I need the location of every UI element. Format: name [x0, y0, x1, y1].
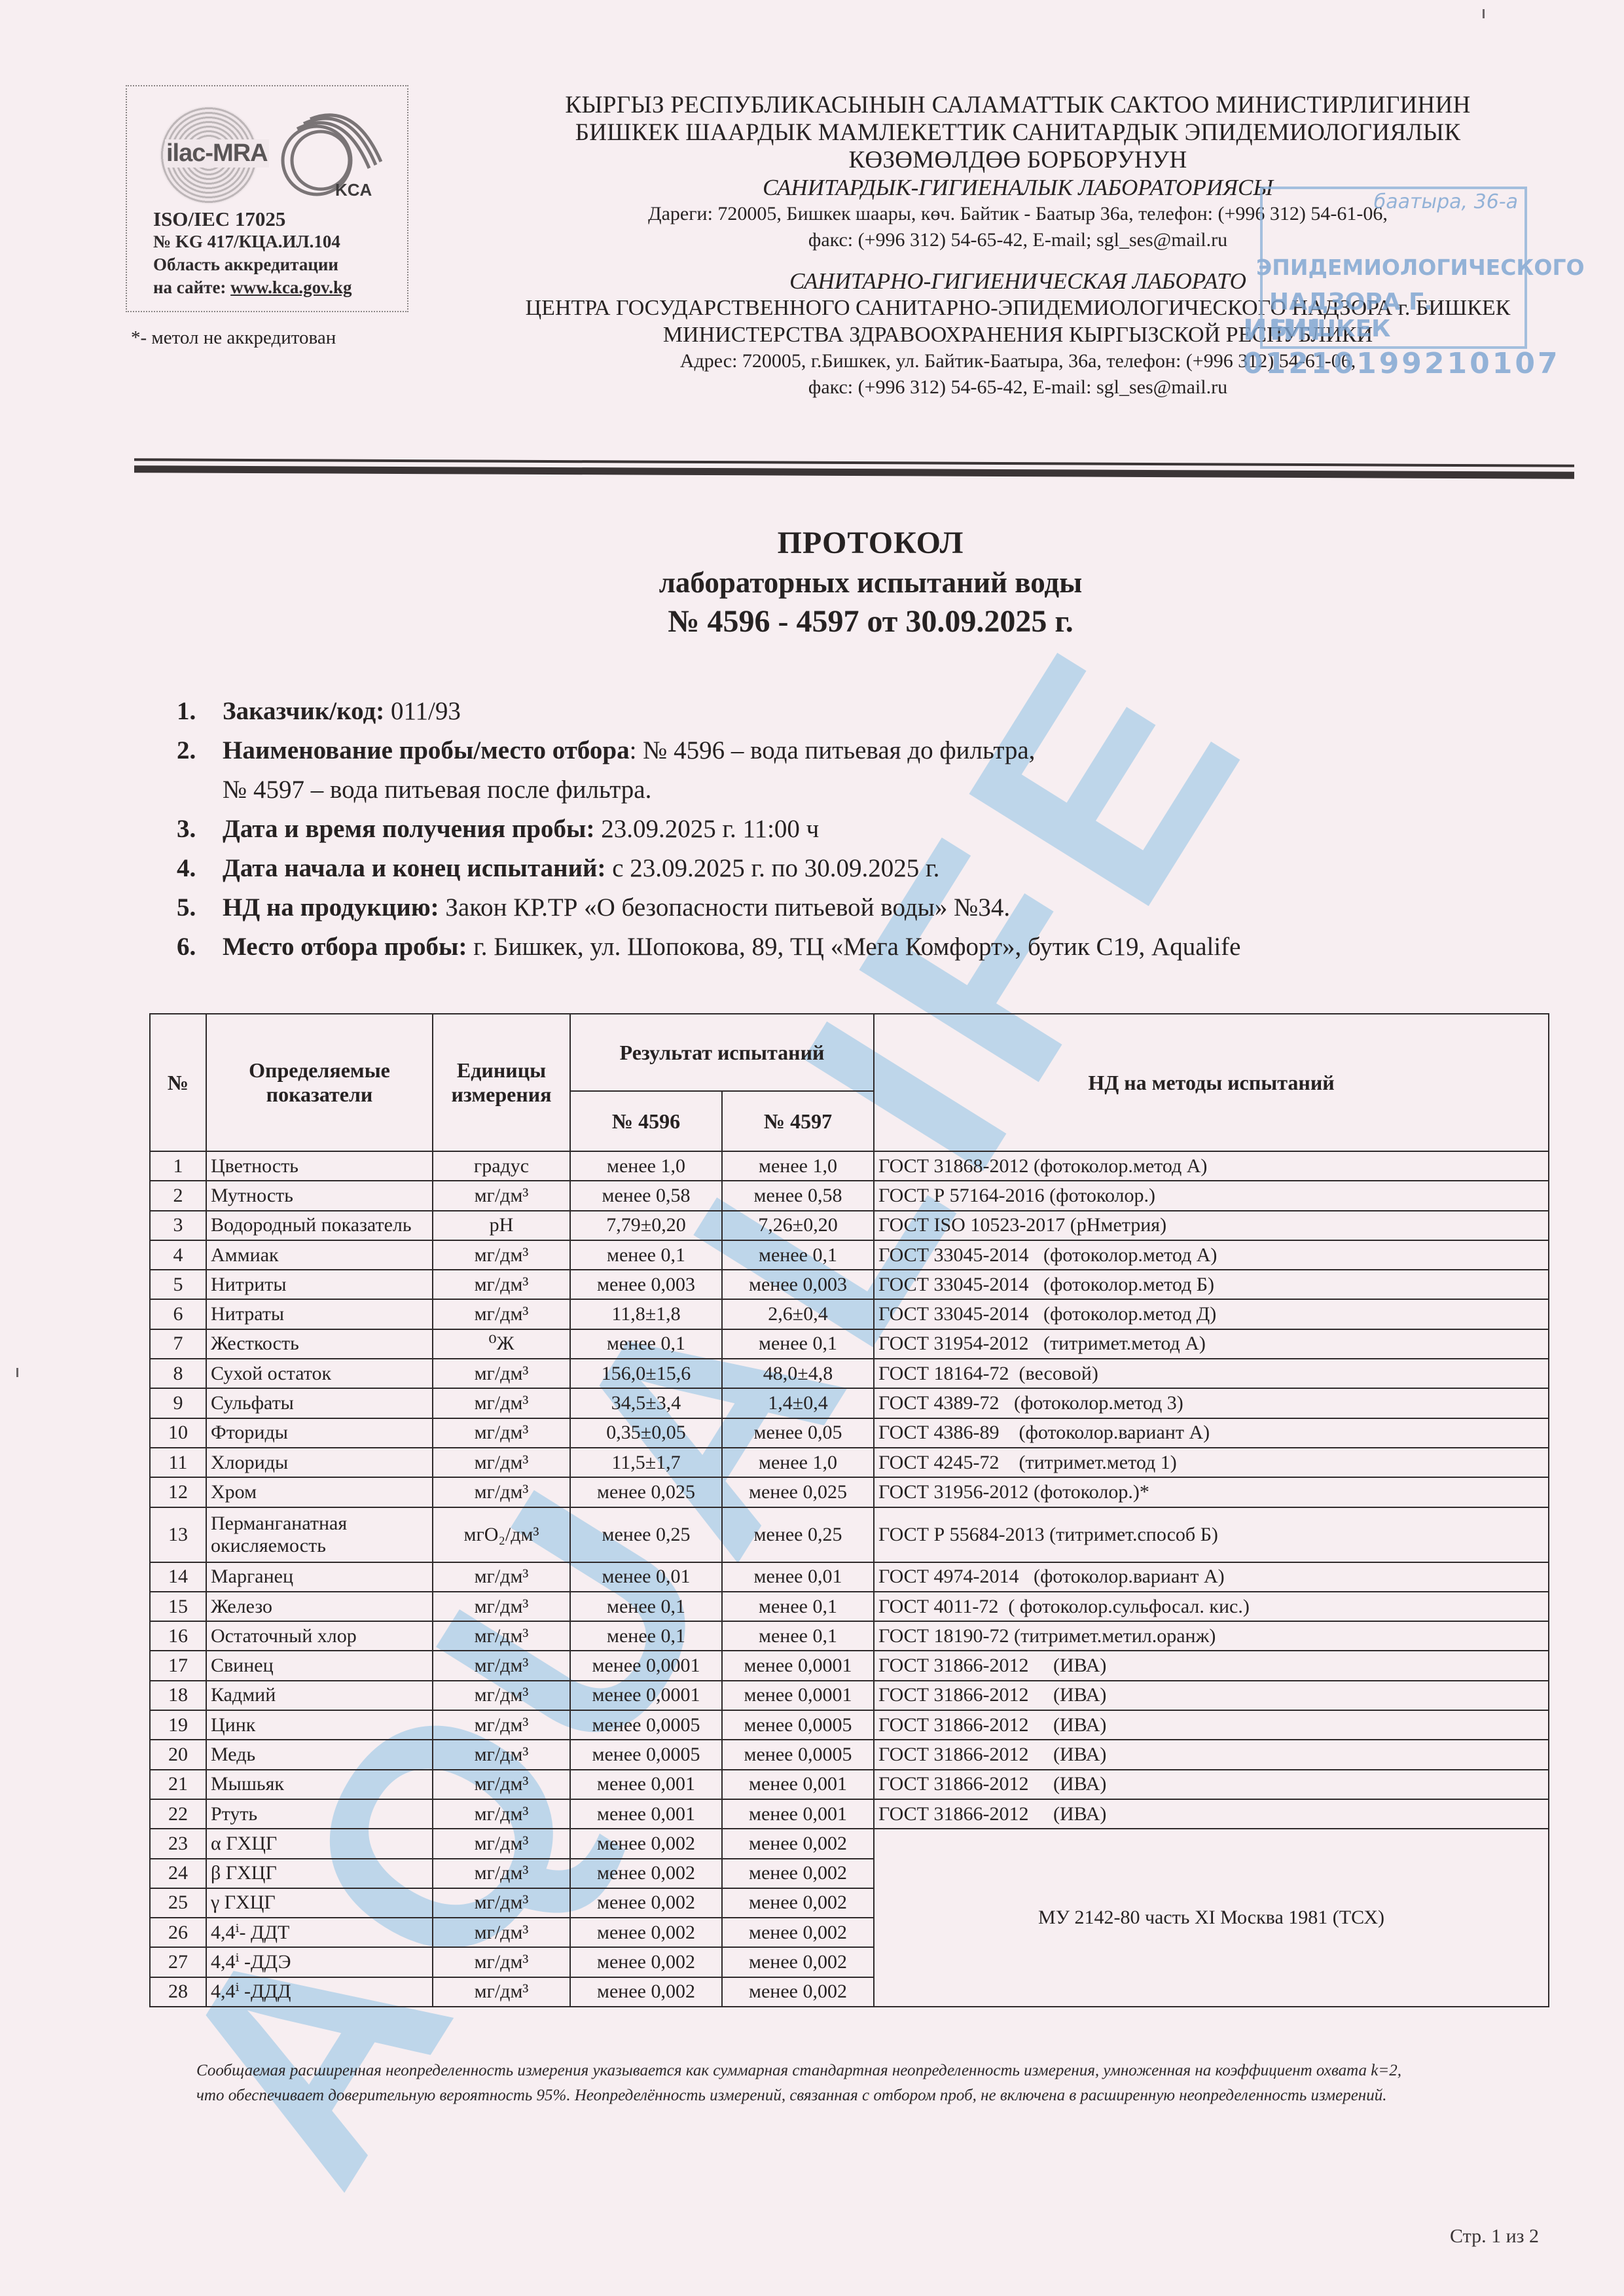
org-kg-line2: БИШКЕК ШААРДЫК МАМЛЕКЕТТИК САНИТАРДЫК ЭП… [445, 119, 1591, 147]
indicator-name: 4,4ⁱ- ДДТ [206, 1918, 433, 1947]
row-number: 10 [150, 1418, 206, 1448]
info-item: 5.НД на продукцию: Закон КР.ТР «О безопа… [177, 888, 1551, 927]
row-number: 18 [150, 1681, 206, 1710]
result-4596: менее 0,002 [570, 1829, 722, 1858]
result-4597: менее 1,0 [722, 1448, 874, 1477]
org-kg-line3: КӨЗӨМӨЛДӨӨ БОРБОРУНУН [445, 147, 1591, 174]
info-item: 1.Заказчик/код: 011/93 [177, 692, 1551, 731]
indicator-name: 4,4ⁱ -ДДД [206, 1977, 433, 2007]
row-number: 8 [150, 1359, 206, 1388]
result-4597: менее 0,1 [722, 1592, 874, 1621]
uncertainty-footnote: Сообщаемая расширенная неопределенность … [196, 2058, 1407, 2108]
info-item-label: Дата начала и конец испытаний: [223, 854, 606, 882]
result-4596: менее 0,0001 [570, 1681, 722, 1710]
test-method: ГОСТ 4245-72 (титримет.метод 1) [874, 1448, 1549, 1477]
row-number: 5 [150, 1270, 206, 1299]
row-number: 22 [150, 1799, 206, 1829]
result-4597: 2,6±0,4 [722, 1299, 874, 1329]
kca-label: KCA [335, 180, 372, 200]
test-method: ГОСТ 31866-2012 (ИВА) [874, 1651, 1549, 1680]
info-item-label: Наименование пробы/место отбора [223, 736, 630, 764]
result-4596: менее 0,001 [570, 1799, 722, 1829]
result-4596: менее 0,003 [570, 1270, 722, 1299]
stamp-line: ЭПИДЕМИОЛОГИЧЕСКОГО [1256, 255, 1585, 280]
indicator-name: Сухой остаток [206, 1359, 433, 1388]
row-number: 13 [150, 1507, 206, 1562]
table-row: 16Остаточный хлормг/дм³менее 0,1менее 0,… [150, 1621, 1549, 1651]
result-4596: менее 0,025 [570, 1477, 722, 1507]
result-4597: менее 0,002 [722, 1888, 874, 1918]
test-method: ГОСТ 4011-72 ( фотоколор.сульфосал. кис.… [874, 1592, 1549, 1621]
result-4596: менее 0,002 [570, 1888, 722, 1918]
unit: pH [433, 1211, 570, 1240]
row-number: 2 [150, 1181, 206, 1210]
test-method: ГОСТ 31956-2012 (фотоколор.)* [874, 1477, 1549, 1507]
kca-website-link[interactable]: www.kca.gov.kg [230, 278, 352, 297]
result-4597: менее 0,002 [722, 1829, 874, 1858]
table-row: 8Сухой остатокмг/дм³156,0±15,648,0±4,8ГО… [150, 1359, 1549, 1388]
result-4597: менее 0,002 [722, 1947, 874, 1977]
test-method: ГОСТ Р 55684-2013 (титримет.способ Б) [874, 1507, 1549, 1562]
result-4597: менее 0,002 [722, 1977, 874, 2007]
scan-mark [16, 1368, 18, 1377]
unit: мг/дм³ [433, 1977, 570, 2007]
result-4596: менее 0,002 [570, 1859, 722, 1888]
indicator-name: Жесткость [206, 1329, 433, 1359]
row-number: 17 [150, 1651, 206, 1680]
unit: мг/дм³ [433, 1829, 570, 1858]
info-item-value: г. Бишкек, ул. Шопокова, 89, ТЦ «Мега Ко… [467, 933, 1240, 961]
test-method: ГОСТ 31866-2012 (ИВА) [874, 1710, 1549, 1740]
col-header-num: № [150, 1014, 206, 1151]
indicator-name: Фториды [206, 1418, 433, 1448]
result-4597: 48,0±4,8 [722, 1359, 874, 1388]
result-4596: менее 0,1 [570, 1329, 722, 1359]
table-row: 13Перманганатная окисляемостьмгО₂/дм³мен… [150, 1507, 1549, 1562]
unit: градус [433, 1151, 570, 1181]
result-4596: менее 0,002 [570, 1977, 722, 2007]
row-number: 3 [150, 1211, 206, 1240]
scan-mark [1483, 9, 1485, 18]
result-4597: менее 0,001 [722, 1770, 874, 1799]
indicator-name: Водородный показатель [206, 1211, 433, 1240]
indicator-name: Железо [206, 1592, 433, 1621]
table-row: 4Аммиакмг/дм³менее 0,1менее 0,1ГОСТ 3304… [150, 1240, 1549, 1270]
indicator-name: Аммиак [206, 1240, 433, 1270]
row-number: 19 [150, 1710, 206, 1740]
indicator-name: Перманганатная окисляемость [206, 1507, 433, 1562]
unit: мг/дм³ [433, 1299, 570, 1329]
col-header-unit: Единицы измерения [433, 1014, 570, 1151]
table-row: 10Фторидымг/дм³0,35±0,05менее 0,05ГОСТ 4… [150, 1418, 1549, 1448]
table-row: 22Ртутьмг/дм³менее 0,001менее 0,001ГОСТ … [150, 1799, 1549, 1829]
table-row: 19Цинкмг/дм³менее 0,0005менее 0,0005ГОСТ… [150, 1710, 1549, 1740]
iso-standard: ISO/IEC 17025 [153, 207, 352, 230]
result-4596: менее 0,01 [570, 1562, 722, 1592]
info-item-value: 011/93 [384, 697, 461, 725]
result-4596: 156,0±15,6 [570, 1359, 722, 1388]
result-4597: менее 0,0005 [722, 1740, 874, 1769]
indicator-name: Свинец [206, 1651, 433, 1680]
indicator-name: Мутность [206, 1181, 433, 1210]
table-row: 23α ГХЦГмг/дм³менее 0,002менее 0,002МУ 2… [150, 1829, 1549, 1858]
unit: мг/дм³ [433, 1710, 570, 1740]
indicator-name: Хлориды [206, 1448, 433, 1477]
unit: мг/дм³ [433, 1918, 570, 1947]
result-4597: менее 0,1 [722, 1621, 874, 1651]
unit: ⁰Ж [433, 1329, 570, 1359]
result-4596: 11,8±1,8 [570, 1299, 722, 1329]
row-number: 26 [150, 1918, 206, 1947]
result-4596: менее 0,0005 [570, 1740, 722, 1769]
unit: мг/дм³ [433, 1799, 570, 1829]
result-4597: менее 0,003 [722, 1270, 874, 1299]
result-4597: менее 0,01 [722, 1562, 874, 1592]
info-item-value: с 23.09.2025 г. по 30.09.2025 г. [606, 854, 940, 882]
row-number: 7 [150, 1329, 206, 1359]
row-number: 14 [150, 1562, 206, 1592]
title-number: № 4596 - 4597 от 30.09.2025 г. [511, 602, 1231, 641]
registration-number: № KG 417/КЦА.ИЛ.104 [153, 230, 352, 253]
row-number: 4 [150, 1240, 206, 1270]
result-4597: 7,26±0,20 [722, 1211, 874, 1240]
scope-label: Область аккредитации [153, 253, 352, 276]
test-method: ГОСТ Р 57164-2016 (фотоколор.) [874, 1181, 1549, 1210]
scope-prefix: на сайте: [153, 278, 230, 297]
test-method: ГОСТ 4974-2014 (фотоколор.вариант А) [874, 1562, 1549, 1592]
accreditation-box: ilac-MRA KCA ISO/IEC 17025 № KG 417/КЦА.… [126, 85, 408, 312]
table-row: 7Жесткость⁰Жменее 0,1менее 0,1ГОСТ 31954… [150, 1329, 1549, 1359]
row-number: 23 [150, 1829, 206, 1858]
info-item-label: Место отбора пробы: [223, 933, 467, 961]
test-method: ГОСТ ISO 10523-2017 (pHметрия) [874, 1211, 1549, 1240]
info-item-continuation: № 4597 – вода питьевая после фильтра. [177, 770, 1551, 810]
result-4596: 11,5±1,7 [570, 1448, 722, 1477]
result-4597: 1,4±0,4 [722, 1388, 874, 1418]
test-method: ГОСТ 31866-2012 (ИВА) [874, 1681, 1549, 1710]
unit: мг/дм³ [433, 1770, 570, 1799]
result-4596: менее 0,0005 [570, 1710, 722, 1740]
info-item: 2.Наименование пробы/место отбора: № 459… [177, 731, 1551, 770]
col-header-result: Результат испытаний [570, 1014, 874, 1091]
info-item-label: Дата и время получения пробы: [223, 815, 594, 843]
result-4596: 7,79±0,20 [570, 1211, 722, 1240]
row-number: 25 [150, 1888, 206, 1918]
indicator-name: Мышьяк [206, 1770, 433, 1799]
result-4596: менее 1,0 [570, 1151, 722, 1181]
unit: мг/дм³ [433, 1859, 570, 1888]
unit: мг/дм³ [433, 1621, 570, 1651]
result-4596: менее 0,58 [570, 1181, 722, 1210]
indicator-name: Ртуть [206, 1799, 433, 1829]
unit: мг/дм³ [433, 1888, 570, 1918]
result-4596: менее 0,0001 [570, 1651, 722, 1680]
result-4596: менее 0,1 [570, 1592, 722, 1621]
row-number: 6 [150, 1299, 206, 1329]
test-method: ГОСТ 18164-72 (весовой) [874, 1359, 1549, 1388]
result-4597: менее 0,0005 [722, 1710, 874, 1740]
table-row: 2Мутностьмг/дм³менее 0,58менее 0,58ГОСТ … [150, 1181, 1549, 1210]
result-4597: менее 0,05 [722, 1418, 874, 1448]
sample-info-list: 1.Заказчик/код: 011/932.Наименование про… [177, 692, 1551, 967]
info-item-value: Закон КР.ТР «О безопасности питьевой вод… [439, 893, 1010, 922]
info-item-value: 23.09.2025 г. 11:00 ч [594, 815, 819, 843]
info-item-number: 2. [177, 731, 223, 770]
table-row: 9Сульфатымг/дм³34,5±3,41,4±0,4ГОСТ 4389-… [150, 1388, 1549, 1418]
test-method: ГОСТ 18190-72 (титримет.метил.оранж) [874, 1621, 1549, 1651]
result-4596: 0,35±0,05 [570, 1418, 722, 1448]
unit: мг/дм³ [433, 1681, 570, 1710]
row-number: 9 [150, 1388, 206, 1418]
indicator-name: β ГХЦГ [206, 1859, 433, 1888]
table-row: 20Медьмг/дм³менее 0,0005менее 0,0005ГОСТ… [150, 1740, 1549, 1769]
result-4596: менее 0,001 [570, 1770, 722, 1799]
test-method: ГОСТ 33045-2014 (фотоколор.метод Б) [874, 1270, 1549, 1299]
results-table: № Определяемые показатели Единицы измере… [149, 1013, 1549, 2007]
row-number: 24 [150, 1859, 206, 1888]
indicator-name: Цветность [206, 1151, 433, 1181]
indicator-name: Нитраты [206, 1299, 433, 1329]
unit: мг/дм³ [433, 1448, 570, 1477]
indicator-name: Кадмий [206, 1681, 433, 1710]
test-method: ГОСТ 31868-2012 (фотоколор.метод А) [874, 1151, 1549, 1181]
unit: мгО₂/дм³ [433, 1507, 570, 1562]
result-4596: менее 0,002 [570, 1947, 722, 1977]
table-row: 21Мышьякмг/дм³менее 0,001менее 0,001ГОСТ… [150, 1770, 1549, 1799]
table-row: 1Цветностьградусменее 1,0менее 1,0ГОСТ 3… [150, 1151, 1549, 1181]
result-4597: менее 0,002 [722, 1918, 874, 1947]
table-row: 11Хлоридымг/дм³11,5±1,7менее 1,0ГОСТ 424… [150, 1448, 1549, 1477]
unit: мг/дм³ [433, 1562, 570, 1592]
test-method: ГОСТ 31866-2012 (ИВА) [874, 1740, 1549, 1769]
info-item-number: 3. [177, 810, 223, 849]
org-kg-line1: КЫРГЫЗ РЕСПУБЛИКАСЫНЫН САЛАМАТТЫК САКТОО… [445, 92, 1591, 119]
official-stamp: баатыра, 36-а ЭПИДЕМИОЛОГИЧЕСКОГО НАДЗОР… [1260, 187, 1527, 349]
row-number: 21 [150, 1770, 206, 1799]
result-4597: менее 0,002 [722, 1859, 874, 1888]
result-4596: 34,5±3,4 [570, 1388, 722, 1418]
unit: мг/дм³ [433, 1388, 570, 1418]
result-4596: менее 0,1 [570, 1621, 722, 1651]
stamp-line: ИНН 01210199210107 [1243, 314, 1561, 380]
test-method: ГОСТ 33045-2014 (фотоколор.метод Д) [874, 1299, 1549, 1329]
table-row: 18Кадмиймг/дм³менее 0,0001менее 0,0001ГО… [150, 1681, 1549, 1710]
table-row: 12Хроммг/дм³менее 0,025менее 0,025ГОСТ 3… [150, 1477, 1549, 1507]
row-number: 20 [150, 1740, 206, 1769]
indicator-name: α ГХЦГ [206, 1829, 433, 1858]
indicator-name: Марганец [206, 1562, 433, 1592]
result-4596: менее 0,002 [570, 1918, 722, 1947]
test-method: ГОСТ 31866-2012 (ИВА) [874, 1770, 1549, 1799]
page-number: Стр. 1 из 2 [1450, 2225, 1539, 2248]
indicator-name: Цинк [206, 1710, 433, 1740]
title-heading: ПРОТОКОЛ [511, 524, 1231, 563]
table-row: 3Водородный показательpH7,79±0,207,26±0,… [150, 1211, 1549, 1240]
table-row: 14Марганецмг/дм³менее 0,01менее 0,01ГОСТ… [150, 1562, 1549, 1592]
col-header-method: НД на методы испытаний [874, 1014, 1549, 1151]
unit: мг/дм³ [433, 1947, 570, 1977]
row-number: 27 [150, 1947, 206, 1977]
unit: мг/дм³ [433, 1270, 570, 1299]
test-method: ГОСТ 31866-2012 (ИВА) [874, 1799, 1549, 1829]
result-4596: менее 0,1 [570, 1240, 722, 1270]
result-4597: менее 0,1 [722, 1329, 874, 1359]
info-item-number: 6. [177, 927, 223, 967]
ilac-mra-label: ilac-MRA [165, 139, 269, 168]
stamp-line: баатыра, 36-а [1374, 190, 1518, 213]
info-item-number: 4. [177, 849, 223, 888]
test-method: ГОСТ 33045-2014 (фотоколор.метод А) [874, 1240, 1549, 1270]
header-divider-thick [134, 465, 1574, 479]
unit: мг/дм³ [433, 1477, 570, 1507]
indicator-name: 4,4ⁱ -ДДЭ [206, 1947, 433, 1977]
row-number: 1 [150, 1151, 206, 1181]
row-number: 15 [150, 1592, 206, 1621]
table-row: 6Нитратымг/дм³11,8±1,82,6±0,4ГОСТ 33045-… [150, 1299, 1549, 1329]
info-item-number: 1. [177, 692, 223, 731]
col-header-sample-4596: № 4596 [570, 1091, 722, 1151]
info-item-number: 5. [177, 888, 223, 927]
result-4596: менее 0,25 [570, 1507, 722, 1562]
col-header-indicator: Определяемые показатели [206, 1014, 433, 1151]
row-number: 16 [150, 1621, 206, 1651]
row-number: 12 [150, 1477, 206, 1507]
result-4597: менее 0,58 [722, 1181, 874, 1210]
indicator-name: Хром [206, 1477, 433, 1507]
info-item: 3.Дата и время получения пробы: 23.09.20… [177, 810, 1551, 849]
unit: мг/дм³ [433, 1240, 570, 1270]
info-item-label: Заказчик/код: [223, 697, 384, 725]
unit: мг/дм³ [433, 1418, 570, 1448]
test-method: ГОСТ 31954-2012 (титримет.метод А) [874, 1329, 1549, 1359]
info-item: 6.Место отбора пробы: г. Бишкек, ул. Шоп… [177, 927, 1551, 967]
result-4597: менее 0,0001 [722, 1651, 874, 1680]
info-item-value: : № 4596 – вода питьевая до фильтра, [630, 736, 1036, 764]
result-4597: менее 0,1 [722, 1240, 874, 1270]
indicator-name: Сульфаты [206, 1388, 433, 1418]
table-row: 17Свинецмг/дм³менее 0,0001менее 0,0001ГО… [150, 1651, 1549, 1680]
test-method: ГОСТ 4386-89 (фотоколор.вариант А) [874, 1418, 1549, 1448]
info-item: 4.Дата начала и конец испытаний: с 23.09… [177, 849, 1551, 888]
row-number: 11 [150, 1448, 206, 1477]
result-4597: менее 1,0 [722, 1151, 874, 1181]
result-4597: менее 0,25 [722, 1507, 874, 1562]
protocol-title: ПРОТОКОЛ лабораторных испытаний воды № 4… [511, 524, 1231, 641]
indicator-name: Медь [206, 1740, 433, 1769]
unit: мг/дм³ [433, 1592, 570, 1621]
table-row: 15Железомг/дм³менее 0,1менее 0,1ГОСТ 401… [150, 1592, 1549, 1621]
non-accredited-note: *- метол не аккредитован [131, 327, 336, 349]
test-method: ГОСТ 4389-72 (фотоколор.метод 3) [874, 1388, 1549, 1418]
row-number: 28 [150, 1977, 206, 2007]
result-4597: менее 0,001 [722, 1799, 874, 1829]
indicator-name: Остаточный хлор [206, 1621, 433, 1651]
indicator-name: Нитриты [206, 1270, 433, 1299]
indicator-name: γ ГХЦГ [206, 1888, 433, 1918]
title-subtitle: лабораторных испытаний воды [511, 563, 1231, 602]
test-method: МУ 2142-80 часть XI Москва 1981 (ТСХ) [874, 1829, 1549, 2007]
result-4597: менее 0,0001 [722, 1681, 874, 1710]
info-item-label: НД на продукцию: [223, 893, 439, 922]
unit: мг/дм³ [433, 1181, 570, 1210]
unit: мг/дм³ [433, 1740, 570, 1769]
col-header-sample-4597: № 4597 [722, 1091, 874, 1151]
unit: мг/дм³ [433, 1359, 570, 1388]
unit: мг/дм³ [433, 1651, 570, 1680]
table-row: 5Нитритымг/дм³менее 0,003менее 0,003ГОСТ… [150, 1270, 1549, 1299]
result-4597: менее 0,025 [722, 1477, 874, 1507]
